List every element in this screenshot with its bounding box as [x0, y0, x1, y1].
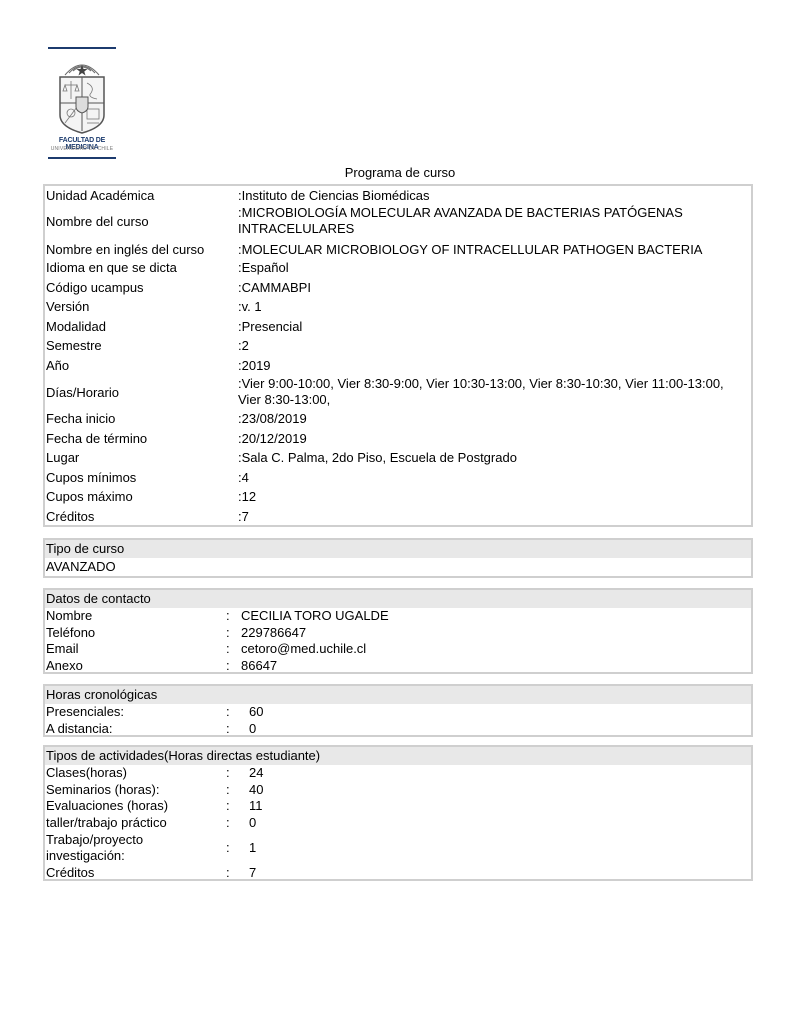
field-value: :CAMMABPI	[238, 280, 738, 296]
separator: :	[226, 815, 230, 832]
separator: :	[226, 704, 230, 721]
course-type-section: Tipo de curso AVANZADO	[43, 538, 753, 578]
document-title: Programa de curso	[0, 165, 800, 180]
course-info-row: Semestre:2	[46, 337, 751, 355]
separator: :	[226, 765, 230, 782]
field-value: :v. 1	[238, 299, 738, 315]
course-info-row: Fecha inicio:23/08/2019	[46, 410, 751, 428]
field-label: Nombre del curso	[46, 214, 236, 229]
row-value: 24	[249, 765, 263, 782]
field-value: :23/08/2019	[238, 411, 738, 427]
separator: :	[226, 798, 230, 815]
activities-row: taller/trabajo práctico:0	[45, 815, 751, 832]
row-value: 1	[249, 840, 256, 857]
field-label: Cupos máximo	[46, 489, 236, 504]
field-value: :Presencial	[238, 319, 738, 335]
course-info-row: Nombre en inglés del curso:MOLECULAR MIC…	[46, 241, 751, 259]
row-label: Nombre	[46, 608, 92, 625]
row-value: cetoro@med.uchile.cl	[241, 641, 366, 658]
separator: :	[226, 721, 230, 738]
course-info-row: Cupos máximo:12	[46, 488, 751, 506]
contact-row: Teléfono:229786647	[45, 625, 751, 642]
field-label: Fecha inicio	[46, 411, 236, 426]
course-type-value: AVANZADO	[45, 558, 751, 576]
hours-header: Horas cronológicas	[45, 686, 751, 704]
field-label: Año	[46, 358, 236, 373]
row-label: Presenciales:	[46, 704, 124, 721]
activities-row: Trabajo/proyecto investigación::1	[45, 831, 751, 865]
activities-row: Créditos:7	[45, 865, 751, 882]
separator: :	[226, 840, 230, 857]
university-name: UNIVERSIDAD DE CHILE	[44, 146, 120, 152]
course-info-row: Año:2019	[46, 357, 751, 375]
activities-row: Seminarios (horas)::40	[45, 782, 751, 799]
hours-row: A distancia::0	[45, 721, 751, 738]
contact-row: Email:cetoro@med.uchile.cl	[45, 641, 751, 658]
row-label: taller/trabajo práctico	[46, 815, 167, 832]
field-value: :2	[238, 338, 738, 354]
row-value: 0	[249, 815, 256, 832]
row-value: 86647	[241, 658, 277, 675]
field-label: Fecha de término	[46, 431, 236, 446]
row-label: Clases(horas)	[46, 765, 127, 782]
course-info-row: Unidad Académica:Instituto de Ciencias B…	[46, 187, 751, 205]
contact-rows: Nombre:CECILIA TORO UGALDETeléfono:22978…	[45, 608, 751, 674]
field-label: Lugar	[46, 450, 236, 465]
separator: :	[226, 608, 230, 625]
separator: :	[226, 625, 230, 642]
course-info-row: Código ucampus:CAMMABPI	[46, 279, 751, 297]
activities-rows: Clases(horas):24Seminarios (horas)::40Ev…	[45, 765, 751, 882]
field-value: :Sala C. Palma, 2do Piso, Escuela de Pos…	[238, 450, 738, 466]
logo-top-rule	[48, 47, 116, 49]
field-value: :4	[238, 470, 738, 486]
field-value: :Instituto de Ciencias Biomédicas	[238, 188, 738, 204]
course-type-header: Tipo de curso	[45, 540, 751, 558]
row-label: Trabajo/proyecto investigación:	[46, 832, 196, 864]
row-value: 7	[249, 865, 256, 882]
row-label: Seminarios (horas):	[46, 782, 159, 799]
activities-section: Tipos de actividades(Horas directas estu…	[43, 745, 753, 881]
row-value: 40	[249, 782, 263, 799]
field-label: Código ucampus	[46, 280, 236, 295]
field-value: :Vier 9:00-10:00, Vier 8:30-9:00, Vier 1…	[238, 376, 738, 408]
hours-rows: Presenciales::60A distancia::0	[45, 704, 751, 737]
logo-bottom-rule	[48, 157, 116, 159]
course-info-row: Cupos mínimos:4	[46, 469, 751, 487]
course-info-row: Modalidad:Presencial	[46, 318, 751, 336]
field-value: :20/12/2019	[238, 431, 738, 447]
course-info-row: Créditos:7	[46, 508, 751, 526]
field-label: Idioma en que se dicta	[46, 260, 236, 275]
hours-section: Horas cronológicas Presenciales::60A dis…	[43, 684, 753, 737]
contact-row: Anexo:86647	[45, 658, 751, 675]
row-label: Anexo	[46, 658, 83, 675]
course-info-section: Unidad Académica:Instituto de Ciencias B…	[43, 184, 753, 527]
field-label: Semestre	[46, 338, 236, 353]
field-label: Modalidad	[46, 319, 236, 334]
field-value: :Español	[238, 260, 738, 276]
field-value: :MOLECULAR MICROBIOLOGY OF INTRACELLULAR…	[238, 242, 738, 258]
field-label: Unidad Académica	[46, 188, 236, 203]
row-value: 60	[249, 704, 263, 721]
field-label: Cupos mínimos	[46, 470, 236, 485]
activities-row: Clases(horas):24	[45, 765, 751, 782]
separator: :	[226, 865, 230, 882]
field-value: :12	[238, 489, 738, 505]
separator: :	[226, 641, 230, 658]
course-info-row: Lugar:Sala C. Palma, 2do Piso, Escuela d…	[46, 449, 751, 467]
activities-header: Tipos de actividades(Horas directas estu…	[45, 747, 751, 765]
activities-row: Evaluaciones (horas):11	[45, 798, 751, 815]
hours-row: Presenciales::60	[45, 704, 751, 721]
course-info-row: Nombre del curso:MICROBIOLOGÍA MOLECULAR…	[46, 205, 751, 239]
field-value: :2019	[238, 358, 738, 374]
course-info-row: Versión:v. 1	[46, 298, 751, 316]
row-value: 0	[249, 721, 256, 738]
faculty-logo: FACULTAD DE MEDICINA UNIVERSIDAD DE CHIL…	[44, 45, 120, 163]
separator: :	[226, 782, 230, 799]
coat-of-arms-icon	[55, 53, 109, 135]
field-label: Versión	[46, 299, 236, 314]
row-label: Evaluaciones (horas)	[46, 798, 168, 815]
separator: :	[226, 658, 230, 675]
row-label: A distancia:	[46, 721, 113, 738]
course-info-row: Fecha de término:20/12/2019	[46, 430, 751, 448]
row-label: Email	[46, 641, 79, 658]
row-label: Teléfono	[46, 625, 95, 642]
course-info-row: Días/Horario:Vier 9:00-10:00, Vier 8:30-…	[46, 376, 751, 410]
course-info-row: Idioma en que se dicta:Español	[46, 259, 751, 277]
row-label: Créditos	[46, 865, 94, 882]
row-value: CECILIA TORO UGALDE	[241, 608, 389, 625]
contact-header: Datos de contacto	[45, 590, 751, 608]
row-value: 11	[249, 798, 263, 815]
field-value: :7	[238, 509, 738, 525]
field-label: Días/Horario	[46, 385, 236, 400]
field-value: :MICROBIOLOGÍA MOLECULAR AVANZADA DE BAC…	[238, 205, 738, 237]
field-label: Créditos	[46, 509, 236, 524]
field-label: Nombre en inglés del curso	[46, 242, 236, 257]
row-value: 229786647	[241, 625, 306, 642]
contact-row: Nombre:CECILIA TORO UGALDE	[45, 608, 751, 625]
contact-section: Datos de contacto Nombre:CECILIA TORO UG…	[43, 588, 753, 674]
